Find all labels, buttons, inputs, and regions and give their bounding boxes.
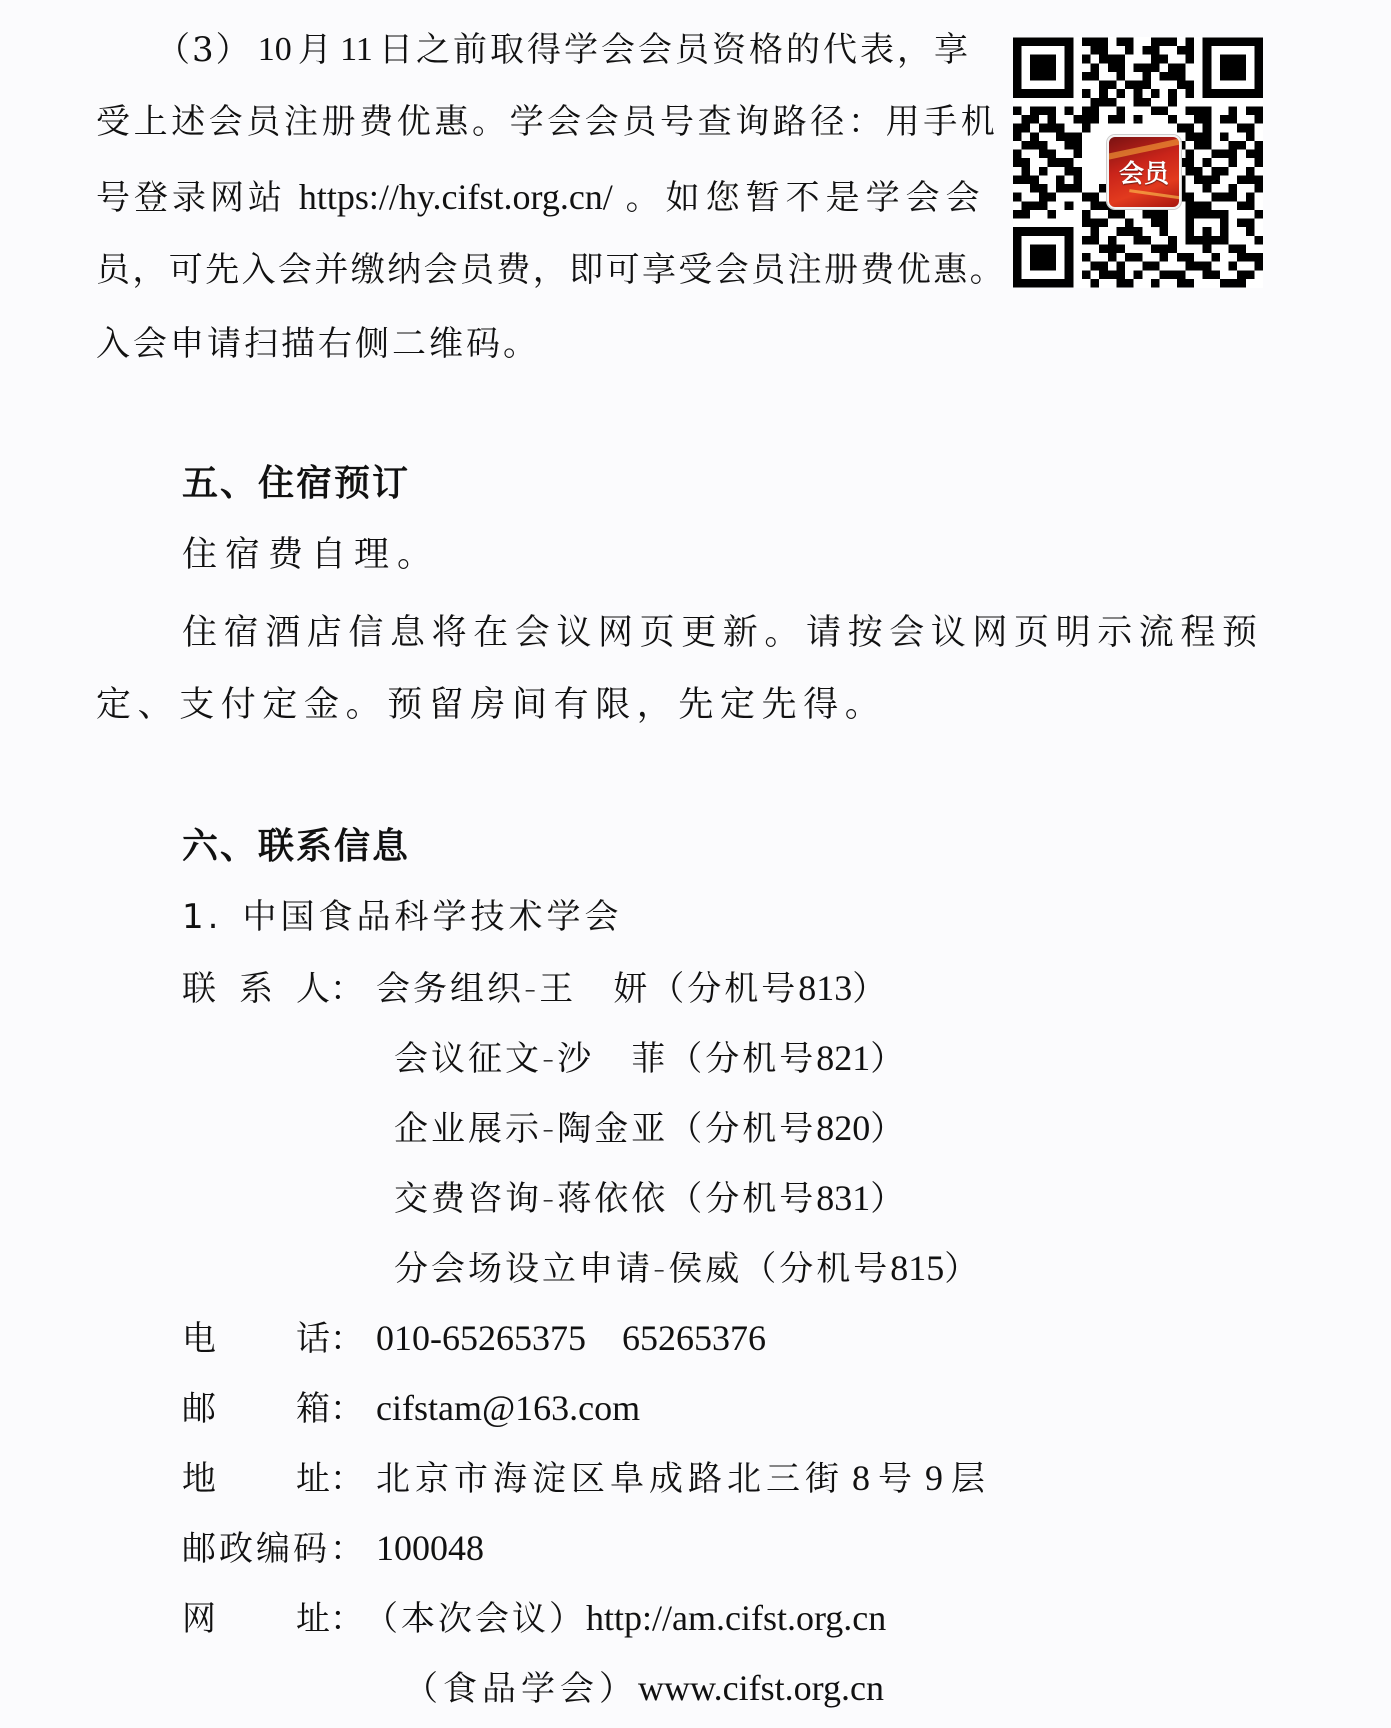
address-label: 地 址：: [182, 1457, 364, 1501]
postcode-label: 邮政编码：: [182, 1527, 364, 1571]
contact-role: 企业展示-陶金亚: [394, 1109, 668, 1149]
email-row: 邮 箱： cifstam@163.com: [182, 1386, 640, 1431]
email-label-char-2: 箱：: [296, 1387, 364, 1431]
conference-site-prefix: （本次会议）: [364, 1599, 586, 1639]
contact-label-char-1: 联: [182, 967, 216, 1011]
line3-prefix: 号登录网站: [96, 178, 286, 218]
member-lookup-link[interactable]: https://hy.cifst.org.cn/: [299, 177, 613, 217]
ext-suffix: ）: [870, 1039, 907, 1079]
address-label-char-2: 址：: [296, 1457, 364, 1501]
membership-line-5: 入会申请扫描右侧二维码。: [96, 322, 540, 366]
membership-line-4: 员，可先入会并缴纳会员费，即可享受会员注册费优惠。: [96, 248, 1006, 292]
contact-role: 会议征文-沙 菲: [394, 1039, 668, 1079]
ext-number: 813: [798, 968, 852, 1008]
conference-site-link[interactable]: http://am.cifst.org.cn: [586, 1598, 886, 1638]
address-row: 地 址： 北京市海淀区阜成路北三街8号9层: [182, 1456, 990, 1501]
section6-heading: 六、联系信息: [182, 825, 410, 869]
society-site-prefix: （食品学会）: [404, 1669, 638, 1709]
postcode-label-text: 邮政编码：: [182, 1527, 367, 1571]
line3-suffix: 。如您暂不是学会会: [626, 178, 986, 218]
item-prefix: （3）: [156, 28, 252, 72]
contact-role: 交费咨询-蒋依依: [394, 1179, 668, 1219]
email-label: 邮 箱：: [182, 1387, 364, 1431]
phone-label-char-2: 话：: [296, 1317, 364, 1361]
website-label-char-1: 网: [182, 1597, 216, 1641]
member-badge-icon: 会员: [1107, 135, 1181, 209]
email-label-char-1: 邮: [182, 1387, 216, 1431]
phone-row: 电 话： 010-65265375 65265376: [182, 1316, 766, 1361]
org-name: 中国食品科学技术学会: [242, 897, 622, 937]
contact-entry: 企业展示-陶金亚（分机号820）: [394, 1106, 907, 1151]
address-floor: 层: [951, 1459, 990, 1499]
society-site-link[interactable]: www.cifst.org.cn: [638, 1668, 884, 1708]
section5-para2-line2: 定、支付定金。预留房间有限，先定先得。: [96, 683, 886, 727]
contact-row-2: 企业展示-陶金亚（分机号820）: [382, 1106, 907, 1151]
month-number: 10: [258, 28, 292, 72]
address-number: 8: [852, 1458, 870, 1498]
member-badge-label: 会员: [1119, 154, 1169, 190]
line1-text: 日之前取得学会会员资格的代表，享: [379, 28, 971, 72]
postcode-row: 邮政编码： 100048: [182, 1526, 484, 1571]
ext-number: 831: [816, 1178, 870, 1218]
contact-role: 分会场设立申请-侯威: [394, 1249, 742, 1289]
contact-row-4: 分会场设立申请-侯威（分机号815）: [382, 1246, 981, 1291]
org-number: 1.: [182, 897, 222, 937]
ext-number: 820: [816, 1108, 870, 1148]
ext-prefix: （分机号: [742, 1249, 890, 1289]
ext-suffix: ）: [852, 969, 889, 1009]
postcode-number: 100048: [376, 1528, 484, 1568]
membership-line-1: （3） 10 月 11 日之前取得学会会员资格的代表，享: [96, 28, 971, 72]
contact-label-char-3: 人：: [296, 967, 364, 1011]
ext-prefix: （分机号: [650, 969, 798, 1009]
email-value[interactable]: cifstam@163.com: [376, 1386, 640, 1431]
contact-row-0: 联 系 人： 会务组织-王 妍（分机号813）: [182, 966, 889, 1011]
month-label: 月: [298, 28, 334, 72]
website-value-2: （食品学会）www.cifst.org.cn: [404, 1666, 884, 1711]
address-value: 北京市海淀区阜成路北三街8号9层: [376, 1456, 990, 1501]
address-hao: 号: [878, 1459, 917, 1499]
ext-suffix: ）: [870, 1179, 907, 1219]
phone-value[interactable]: 010-65265375 65265376: [376, 1316, 766, 1361]
website-label: 网 址：: [182, 1597, 364, 1641]
contact-row-3: 交费咨询-蒋依依（分机号831）: [382, 1176, 907, 1221]
ext-prefix: （分机号: [668, 1179, 816, 1219]
ext-suffix: ）: [944, 1249, 981, 1289]
contact-entry: 分会场设立申请-侯威（分机号815）: [394, 1246, 981, 1291]
phone-label: 电 话：: [182, 1317, 364, 1361]
membership-line-3: 号登录网站 https://hy.cifst.org.cn/ 。如您暂不是学会会: [96, 175, 986, 220]
postcode-value: 100048: [376, 1526, 484, 1571]
phone-number: 010-65265375 65265376: [376, 1318, 766, 1358]
email-address: cifstam@163.com: [376, 1388, 640, 1428]
website-row: 网 址： （本次会议）http://am.cifst.org.cn: [182, 1596, 886, 1641]
contact-row-1: 会议征文-沙 菲（分机号821）: [382, 1036, 907, 1081]
address-street: 北京市海淀区阜成路北三街: [376, 1459, 844, 1499]
membership-line-2: 受上述会员注册费优惠。学会会员号查询路径：用手机: [96, 100, 998, 144]
website-value: （本次会议）http://am.cifst.org.cn: [364, 1596, 886, 1641]
address-label-char-1: 地: [182, 1457, 216, 1501]
membership-qr-code[interactable]: 会员: [1013, 37, 1263, 288]
contact-entry: 会务组织-王 妍（分机号813）: [376, 966, 889, 1011]
ext-prefix: （分机号: [668, 1039, 816, 1079]
website-row-2: （食品学会）www.cifst.org.cn: [404, 1666, 884, 1711]
contact-label-char-2: 系: [239, 967, 273, 1011]
section5-para2-line1: 住宿酒店信息将在会议网页更新。请按会议网页明示流程预: [182, 611, 1264, 655]
org-title: 1.中国食品科学技术学会: [182, 895, 622, 939]
contact-label: 联 系 人：: [182, 967, 364, 1011]
ext-suffix: ）: [870, 1109, 907, 1149]
contact-entry: 交费咨询-蒋依依（分机号831）: [394, 1176, 907, 1221]
day-number: 11: [340, 28, 373, 72]
ext-number: 815: [890, 1248, 944, 1288]
phone-label-char-1: 电: [182, 1317, 216, 1361]
ext-number: 821: [816, 1038, 870, 1078]
section5-heading: 五、住宿预订: [182, 462, 410, 506]
address-floor-number: 9: [925, 1458, 943, 1498]
contact-entry: 会议征文-沙 菲（分机号821）: [394, 1036, 907, 1081]
ext-prefix: （分机号: [668, 1109, 816, 1149]
website-label-char-2: 址：: [296, 1597, 364, 1641]
contact-role: 会务组织-王 妍: [376, 969, 650, 1009]
section5-para1: 住宿费自理。: [182, 533, 440, 577]
